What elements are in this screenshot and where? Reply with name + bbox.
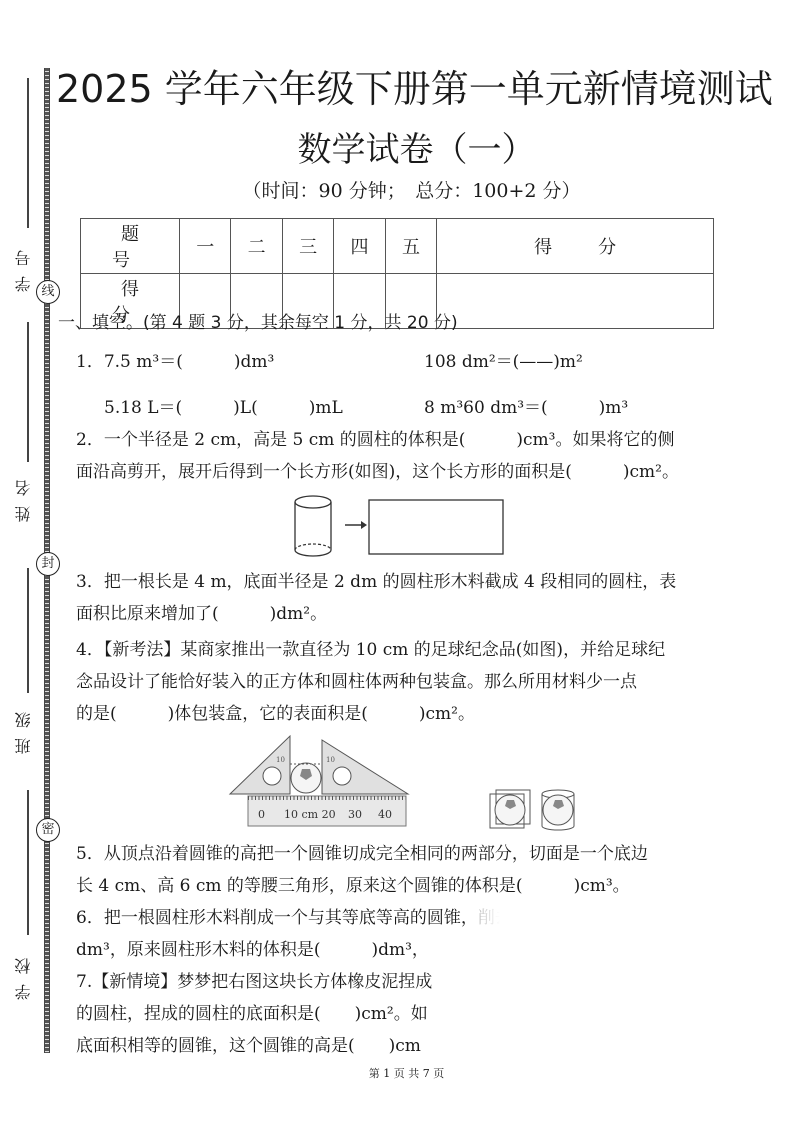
question-2b: 面沿高剪开，展开后得到一个长方形(如图)，这个长方形的面积是( )cm²。 [76, 456, 679, 488]
name-line [27, 322, 29, 462]
seal-mi: 密 [36, 818, 60, 842]
score-cell [437, 274, 714, 329]
ruler-triangle-ball-figure: 10 10 0 10 cm 20 30 40 [226, 732, 416, 832]
question-3a: 3．把一根长是 4 m，底面半径是 2 dm 的圆柱形木料截成 4 段相同的圆柱… [76, 566, 676, 598]
question-1d: 8 m³60 dm³＝( )m³ [424, 392, 628, 424]
question-5b: 长 4 cm、高 6 cm 的等腰三角形，原来这个圆锥的体积是( )cm³。 [76, 870, 630, 902]
score-header-label: 题 号 [81, 219, 180, 274]
question-1b: 108 dm²＝(——)m² [424, 346, 583, 378]
question-7a: 7.【新情境】梦梦把右图这块长方体橡皮泥捏成 [76, 966, 432, 998]
question-4c: 的是( )体包装盒，它的表面积是( )cm²。 [76, 698, 475, 730]
question-7b: 的圆柱，捏成的圆柱的底面积是( )cm²。如 [76, 998, 428, 1030]
svg-text:10: 10 [276, 756, 285, 764]
question-6b: dm³，原来圆柱形木料的体积是( )dm³， [76, 934, 429, 966]
seal-feng: 封 [36, 552, 60, 576]
question-4a: 4．【新考法】某商家推出一款直径为 10 cm 的足球纪念品(如图)，并给足球纪 [76, 634, 665, 666]
exam-subtitle: 数学试卷（一） [0, 122, 793, 171]
score-col-2: 二 [231, 219, 282, 274]
name-label: 姓名 [12, 470, 35, 522]
question-4b: 念品设计了能恰好装入的正方体和圆柱体两种包装盒。那么所用材料少一点 [76, 666, 637, 698]
class-label: 班级 [12, 702, 35, 754]
score-col-5: 五 [385, 219, 436, 274]
student-id-label: 学号 [12, 240, 35, 292]
seal-xian: 线 [36, 280, 60, 304]
cylinder-unfold-figure [285, 492, 510, 560]
svg-text:30: 30 [348, 808, 362, 821]
question-5a: 5．从顶点沿着圆锥的高把一个圆锥切成完全相同的两部分，切面是一个底边 [76, 838, 648, 870]
svg-text:0: 0 [258, 808, 265, 821]
question-1a: 1．7.5 m³＝( )dm³ [76, 346, 274, 378]
question-1c: 5.18 L＝( )L( )mL [104, 392, 343, 424]
exam-meta: （时间：90 分钟； 总分：100+2 分） [0, 176, 793, 203]
svg-text:40: 40 [378, 808, 392, 821]
question-7c: 底面积相等的圆锥，这个圆锥的高是( )cm [76, 1030, 421, 1062]
svg-text:10 cm 20: 10 cm 20 [284, 808, 336, 821]
section-heading: 一、填空。(第 4 题 3 分，其余每空 1 分，共 20 分) [58, 308, 458, 333]
packaging-boxes-figure [488, 788, 583, 832]
score-col-3: 三 [282, 219, 333, 274]
question-3b: 面积比原来增加了( )dm²。 [76, 598, 327, 630]
svg-text:10: 10 [326, 756, 335, 764]
exam-title: 2025 学年六年级下册第一单元新情境测试 [56, 58, 773, 113]
school-line [27, 790, 29, 935]
obscured-region [470, 905, 793, 1122]
school-label: 学校 [12, 948, 35, 1000]
page-number: 第 1 页 共 7 页 [0, 1065, 793, 1081]
score-col-total: 得 分 [437, 219, 714, 274]
question-2a: 2．一个半径是 2 cm，高是 5 cm 的圆柱的体积是( )cm³。如果将它的… [76, 424, 674, 456]
class-line [27, 568, 29, 693]
score-col-4: 四 [334, 219, 385, 274]
